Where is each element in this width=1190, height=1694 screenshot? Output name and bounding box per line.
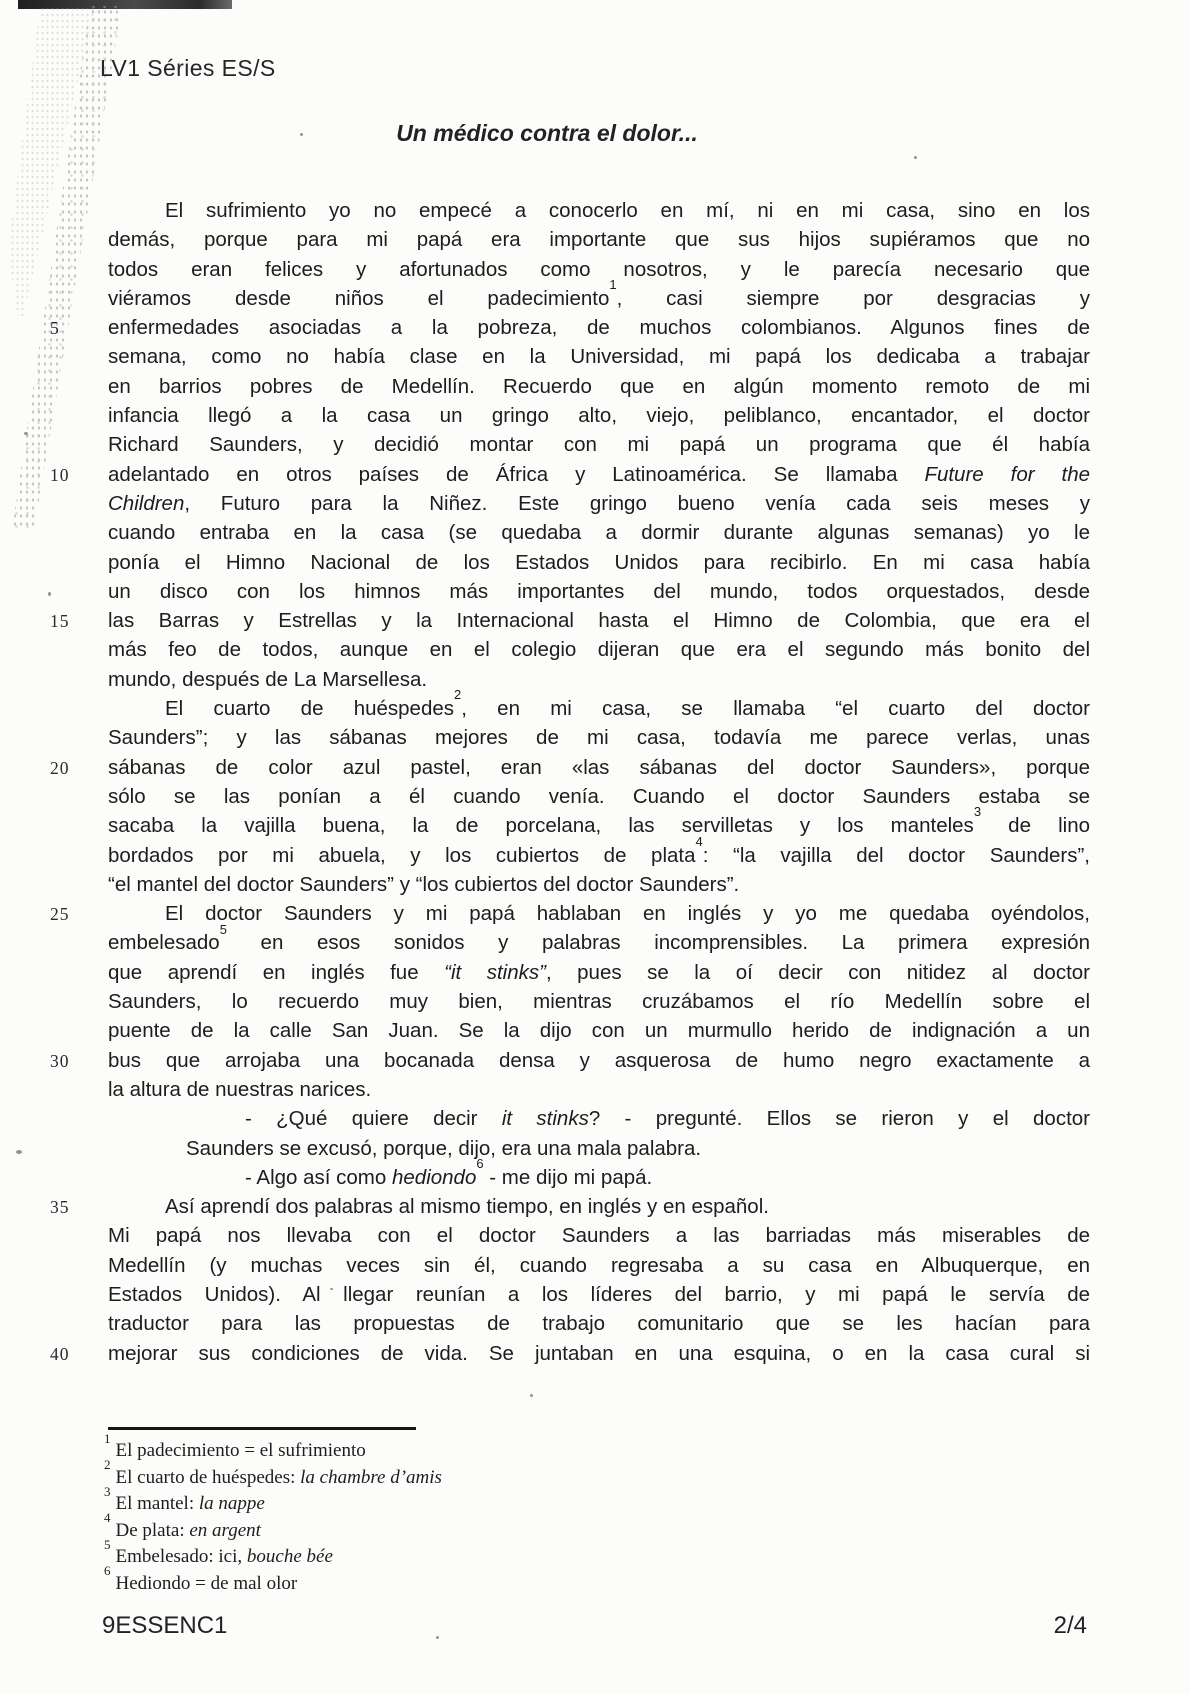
text-line: todos eran felices y afortunados como no… xyxy=(108,255,1090,284)
doc-code: 9ESSENC1 xyxy=(102,1612,227,1640)
text-segment: El cuarto de huéspedes: xyxy=(116,1467,301,1488)
footnote-ref: 3 xyxy=(974,804,981,819)
line-number: 20 xyxy=(50,754,84,783)
text-segment: , pues se la oí decir con nitidez al doc… xyxy=(546,961,1090,984)
line-number: 15 xyxy=(50,607,84,636)
line-number: 30 xyxy=(50,1047,84,1076)
text-line: Medellín (y muchas veces sin él, cuando … xyxy=(108,1251,1090,1280)
text-segment: Saunders se excusó, porque, dijo, era un… xyxy=(186,1137,701,1160)
text-line: 35Así aprendí dos palabras al mismo tiem… xyxy=(108,1192,1090,1221)
footnote: 1El padecimiento = el sufrimiento xyxy=(104,1438,804,1465)
footnote-rule xyxy=(108,1427,416,1430)
scan-speck xyxy=(48,592,51,596)
text-segment: viéramos desde niños el padecimiento xyxy=(108,287,609,310)
text-segment: El cuarto de huéspedes xyxy=(165,697,454,720)
scan-speck xyxy=(436,1636,439,1639)
scan-speck xyxy=(530,1394,533,1397)
text-line: Estados Unidos). Al llegar reunían a los… xyxy=(108,1280,1090,1309)
text-line: embelesado5 en esos sonidos y palabras i… xyxy=(108,928,1090,957)
text-line: 5enfermedades asociadas a la pobreza, de… xyxy=(108,313,1090,342)
text-segment: Medellín (y muchas veces sin él, cuando … xyxy=(108,1254,1090,1277)
footnotes: 1El padecimiento = el sufrimiento2El cua… xyxy=(104,1438,804,1597)
text-segment: embelesado xyxy=(108,931,220,954)
text-segment: it stinks xyxy=(502,1107,589,1130)
text-line: 20sábanas de color azul pastel, eran «la… xyxy=(108,753,1090,782)
text-line: sacaba la vajilla buena, la de porcelana… xyxy=(108,811,1090,840)
text-segment: El doctor Saunders y mi papá hablaban en… xyxy=(165,902,1090,925)
line-number: 35 xyxy=(50,1193,84,1222)
footnote-ref: 4 xyxy=(696,834,703,849)
text-segment: , Futuro para la Niñez. Este gringo buen… xyxy=(184,492,1090,515)
text-line: 40mejorar sus condiciones de vida. Se ju… xyxy=(108,1339,1090,1368)
scan-speck xyxy=(24,432,28,435)
text-line: en barrios pobres de Medellín. Recuerdo … xyxy=(108,372,1090,401)
text-segment: Future for the xyxy=(924,463,1090,486)
text-segment: - Algo así como xyxy=(245,1166,392,1189)
reading-text: El sufrimiento yo no empecé a conocerlo … xyxy=(108,196,1090,1368)
text-segment: “el mantel del doctor Saunders” y “los c… xyxy=(108,873,739,896)
text-segment: “it stinks” xyxy=(444,961,546,984)
line-number: 25 xyxy=(50,900,84,929)
text-segment: infancia llegó a la casa un gringo alto,… xyxy=(108,404,1090,427)
text-segment: bus que arrojaba una bocanada densa y as… xyxy=(108,1049,1090,1072)
text-segment: cuando entraba en la casa (se quedaba a … xyxy=(108,521,1090,544)
text-line: Saunders”; y las sábanas mejores de mi c… xyxy=(108,723,1090,752)
text-segment: en argent xyxy=(189,1520,261,1541)
scan-speck xyxy=(16,1150,22,1154)
text-segment: la chambre d’amis xyxy=(300,1467,442,1488)
text-segment: la altura de nuestras narices. xyxy=(108,1078,371,1101)
text-segment: mundo, después de La Marsellesa. xyxy=(108,668,427,691)
exam-page: LV1 Séries ES/S Un médico contra el dolo… xyxy=(0,0,1190,1694)
text-segment: sábanas de color azul pastel, eran «las … xyxy=(108,756,1090,779)
text-segment: mejorar sus condiciones de vida. Se junt… xyxy=(108,1342,1090,1365)
text-segment: la nappe xyxy=(199,1493,265,1514)
text-line: mundo, después de La Marsellesa. xyxy=(108,665,1090,694)
text-line: un disco con los himnos más importantes … xyxy=(108,577,1090,606)
text-segment: más feo de todos, aunque en el colegio d… xyxy=(108,638,1090,661)
text-segment: en barrios pobres de Medellín. Recuerdo … xyxy=(108,375,1090,398)
text-segment: Estados Unidos). Al llegar reunían a los… xyxy=(108,1283,1090,1306)
footnote-number: 1 xyxy=(104,1431,111,1446)
footnote: 2El cuarto de huéspedes: la chambre d’am… xyxy=(104,1465,804,1492)
text-line: ponía el Himno Nacional de los Estados U… xyxy=(108,548,1090,577)
text-segment: todos eran felices y afortunados como no… xyxy=(108,258,1090,281)
text-segment: Saunders, lo recuerdo muy bien, mientras… xyxy=(108,990,1090,1013)
footnote: 3El mantel: la nappe xyxy=(104,1491,804,1518)
text-segment: que aprendí en inglés fue xyxy=(108,961,444,984)
text-line: más feo de todos, aunque en el colegio d… xyxy=(108,635,1090,664)
text-line: traductor para las propuestas de trabajo… xyxy=(108,1309,1090,1338)
text-line: Richard Saunders, y decidió montar con m… xyxy=(108,430,1090,459)
text-line: 15las Barras y Estrellas y la Internacio… xyxy=(108,606,1090,635)
text-segment: las Barras y Estrellas y la Internaciona… xyxy=(108,609,1090,632)
text-segment: ? - pregunté. Ellos se rieron y el docto… xyxy=(589,1107,1090,1130)
text-line: El sufrimiento yo no empecé a conocerlo … xyxy=(108,196,1090,225)
text-segment: - me dijo mi papá. xyxy=(484,1166,653,1189)
text-segment: El mantel: xyxy=(116,1493,199,1514)
text-line: Mi papá nos llevaba con el doctor Saunde… xyxy=(108,1221,1090,1250)
text-segment: sólo se las ponían a él cuando venía. Cu… xyxy=(108,785,1090,808)
text-line: que aprendí en inglés fue “it stinks”, p… xyxy=(108,958,1090,987)
text-segment: - ¿Qué quiere decir xyxy=(245,1107,502,1130)
text-line: Saunders, lo recuerdo muy bien, mientras… xyxy=(108,987,1090,1016)
text-line: 10adelantado en otros países de África y… xyxy=(108,460,1090,489)
text-segment: en esos sonidos y palabras incomprensibl… xyxy=(227,931,1090,954)
text-segment: Saunders”; y las sábanas mejores de mi c… xyxy=(108,726,1090,749)
text-line: demás, porque para mi papá era important… xyxy=(108,225,1090,254)
text-segment: un disco con los himnos más importantes … xyxy=(108,580,1090,603)
text-line: 25El doctor Saunders y mi papá hablaban … xyxy=(108,899,1090,928)
text-line: puente de la calle San Juan. Se la dijo … xyxy=(108,1016,1090,1045)
line-number: 10 xyxy=(50,461,84,490)
text-line: infancia llegó a la casa un gringo alto,… xyxy=(108,401,1090,430)
text-segment: traductor para las propuestas de trabajo… xyxy=(108,1312,1090,1335)
footnote-ref: 6 xyxy=(476,1156,483,1171)
footnote-number: 4 xyxy=(104,1510,111,1525)
text-segment: demás, porque para mi papá era important… xyxy=(108,228,1090,251)
text-segment: bouche bée xyxy=(247,1546,333,1567)
text-segment: Mi papá nos llevaba con el doctor Saunde… xyxy=(108,1224,1090,1247)
text-segment: adelantado en otros países de África y L… xyxy=(108,463,924,486)
footnote-ref: 5 xyxy=(220,922,227,937)
text-title: Un médico contra el dolor... xyxy=(56,120,1038,147)
text-segment: De plata: xyxy=(116,1520,190,1541)
text-line: - Algo así como hediondo6 - me dijo mi p… xyxy=(108,1163,1090,1192)
series-label: LV1 Séries ES/S xyxy=(100,55,276,82)
text-segment: puente de la calle San Juan. Se la dijo … xyxy=(108,1019,1090,1042)
text-segment: ponía el Himno Nacional de los Estados U… xyxy=(108,551,1090,574)
footnote: 6Hediondo = de mal olor xyxy=(104,1571,804,1598)
footnote-ref: 1 xyxy=(609,277,616,292)
footnote-ref: 2 xyxy=(454,687,461,702)
text-segment: Hediondo = de mal olor xyxy=(116,1573,298,1594)
footnote: 4De plata: en argent xyxy=(104,1518,804,1545)
text-segment: El sufrimiento yo no empecé a conocerlo … xyxy=(165,199,1090,222)
text-segment: hediondo xyxy=(392,1166,476,1189)
line-number: 5 xyxy=(50,314,84,343)
text-segment: Children xyxy=(108,492,184,515)
text-segment: : “la vajilla del doctor Saunders”, xyxy=(703,844,1090,867)
text-line: El cuarto de huéspedes2, en mi casa, se … xyxy=(108,694,1090,723)
page-number: 2/4 xyxy=(1054,1612,1087,1640)
text-line: semana, como no había clase en la Univer… xyxy=(108,342,1090,371)
text-line: - ¿Qué quiere decir it stinks? - pregunt… xyxy=(108,1104,1090,1133)
footnote-number: 3 xyxy=(104,1484,111,1499)
text-segment: Así aprendí dos palabras al mismo tiempo… xyxy=(165,1195,769,1218)
footnote-number: 5 xyxy=(104,1537,111,1552)
text-segment: El padecimiento = el sufrimiento xyxy=(116,1440,366,1461)
text-segment: semana, como no había clase en la Univer… xyxy=(108,345,1090,368)
text-line: la altura de nuestras narices. xyxy=(108,1075,1090,1104)
text-line: Saunders se excusó, porque, dijo, era un… xyxy=(108,1134,1090,1163)
text-segment: enfermedades asociadas a la pobreza, de … xyxy=(108,316,1090,339)
text-segment: bordados por mi abuela, y los cubiertos … xyxy=(108,844,696,867)
footnote: 5Embelesado: ici, bouche bée xyxy=(104,1544,804,1571)
text-line: bordados por mi abuela, y los cubiertos … xyxy=(108,841,1090,870)
text-line: Children, Futuro para la Niñez. Este gri… xyxy=(108,489,1090,518)
text-line: cuando entraba en la casa (se quedaba a … xyxy=(108,518,1090,547)
text-segment: sacaba la vajilla buena, la de porcelana… xyxy=(108,814,974,837)
scan-speck xyxy=(914,156,917,159)
text-segment: , casi siempre por desgracias y xyxy=(617,287,1090,310)
footnote-number: 6 xyxy=(104,1563,111,1578)
text-segment: Embelesado: ici, xyxy=(116,1546,247,1567)
text-line: 30bus que arrojaba una bocanada densa y … xyxy=(108,1046,1090,1075)
text-line: viéramos desde niños el padecimiento1, c… xyxy=(108,284,1090,313)
text-line: “el mantel del doctor Saunders” y “los c… xyxy=(108,870,1090,899)
footnote-number: 2 xyxy=(104,1457,111,1472)
text-segment: , en mi casa, se llamaba “el cuarto del … xyxy=(461,697,1090,720)
text-segment: Richard Saunders, y decidió montar con m… xyxy=(108,433,1090,456)
text-segment: de lino xyxy=(981,814,1090,837)
text-line: sólo se las ponían a él cuando venía. Cu… xyxy=(108,782,1090,811)
line-number: 40 xyxy=(50,1340,84,1369)
